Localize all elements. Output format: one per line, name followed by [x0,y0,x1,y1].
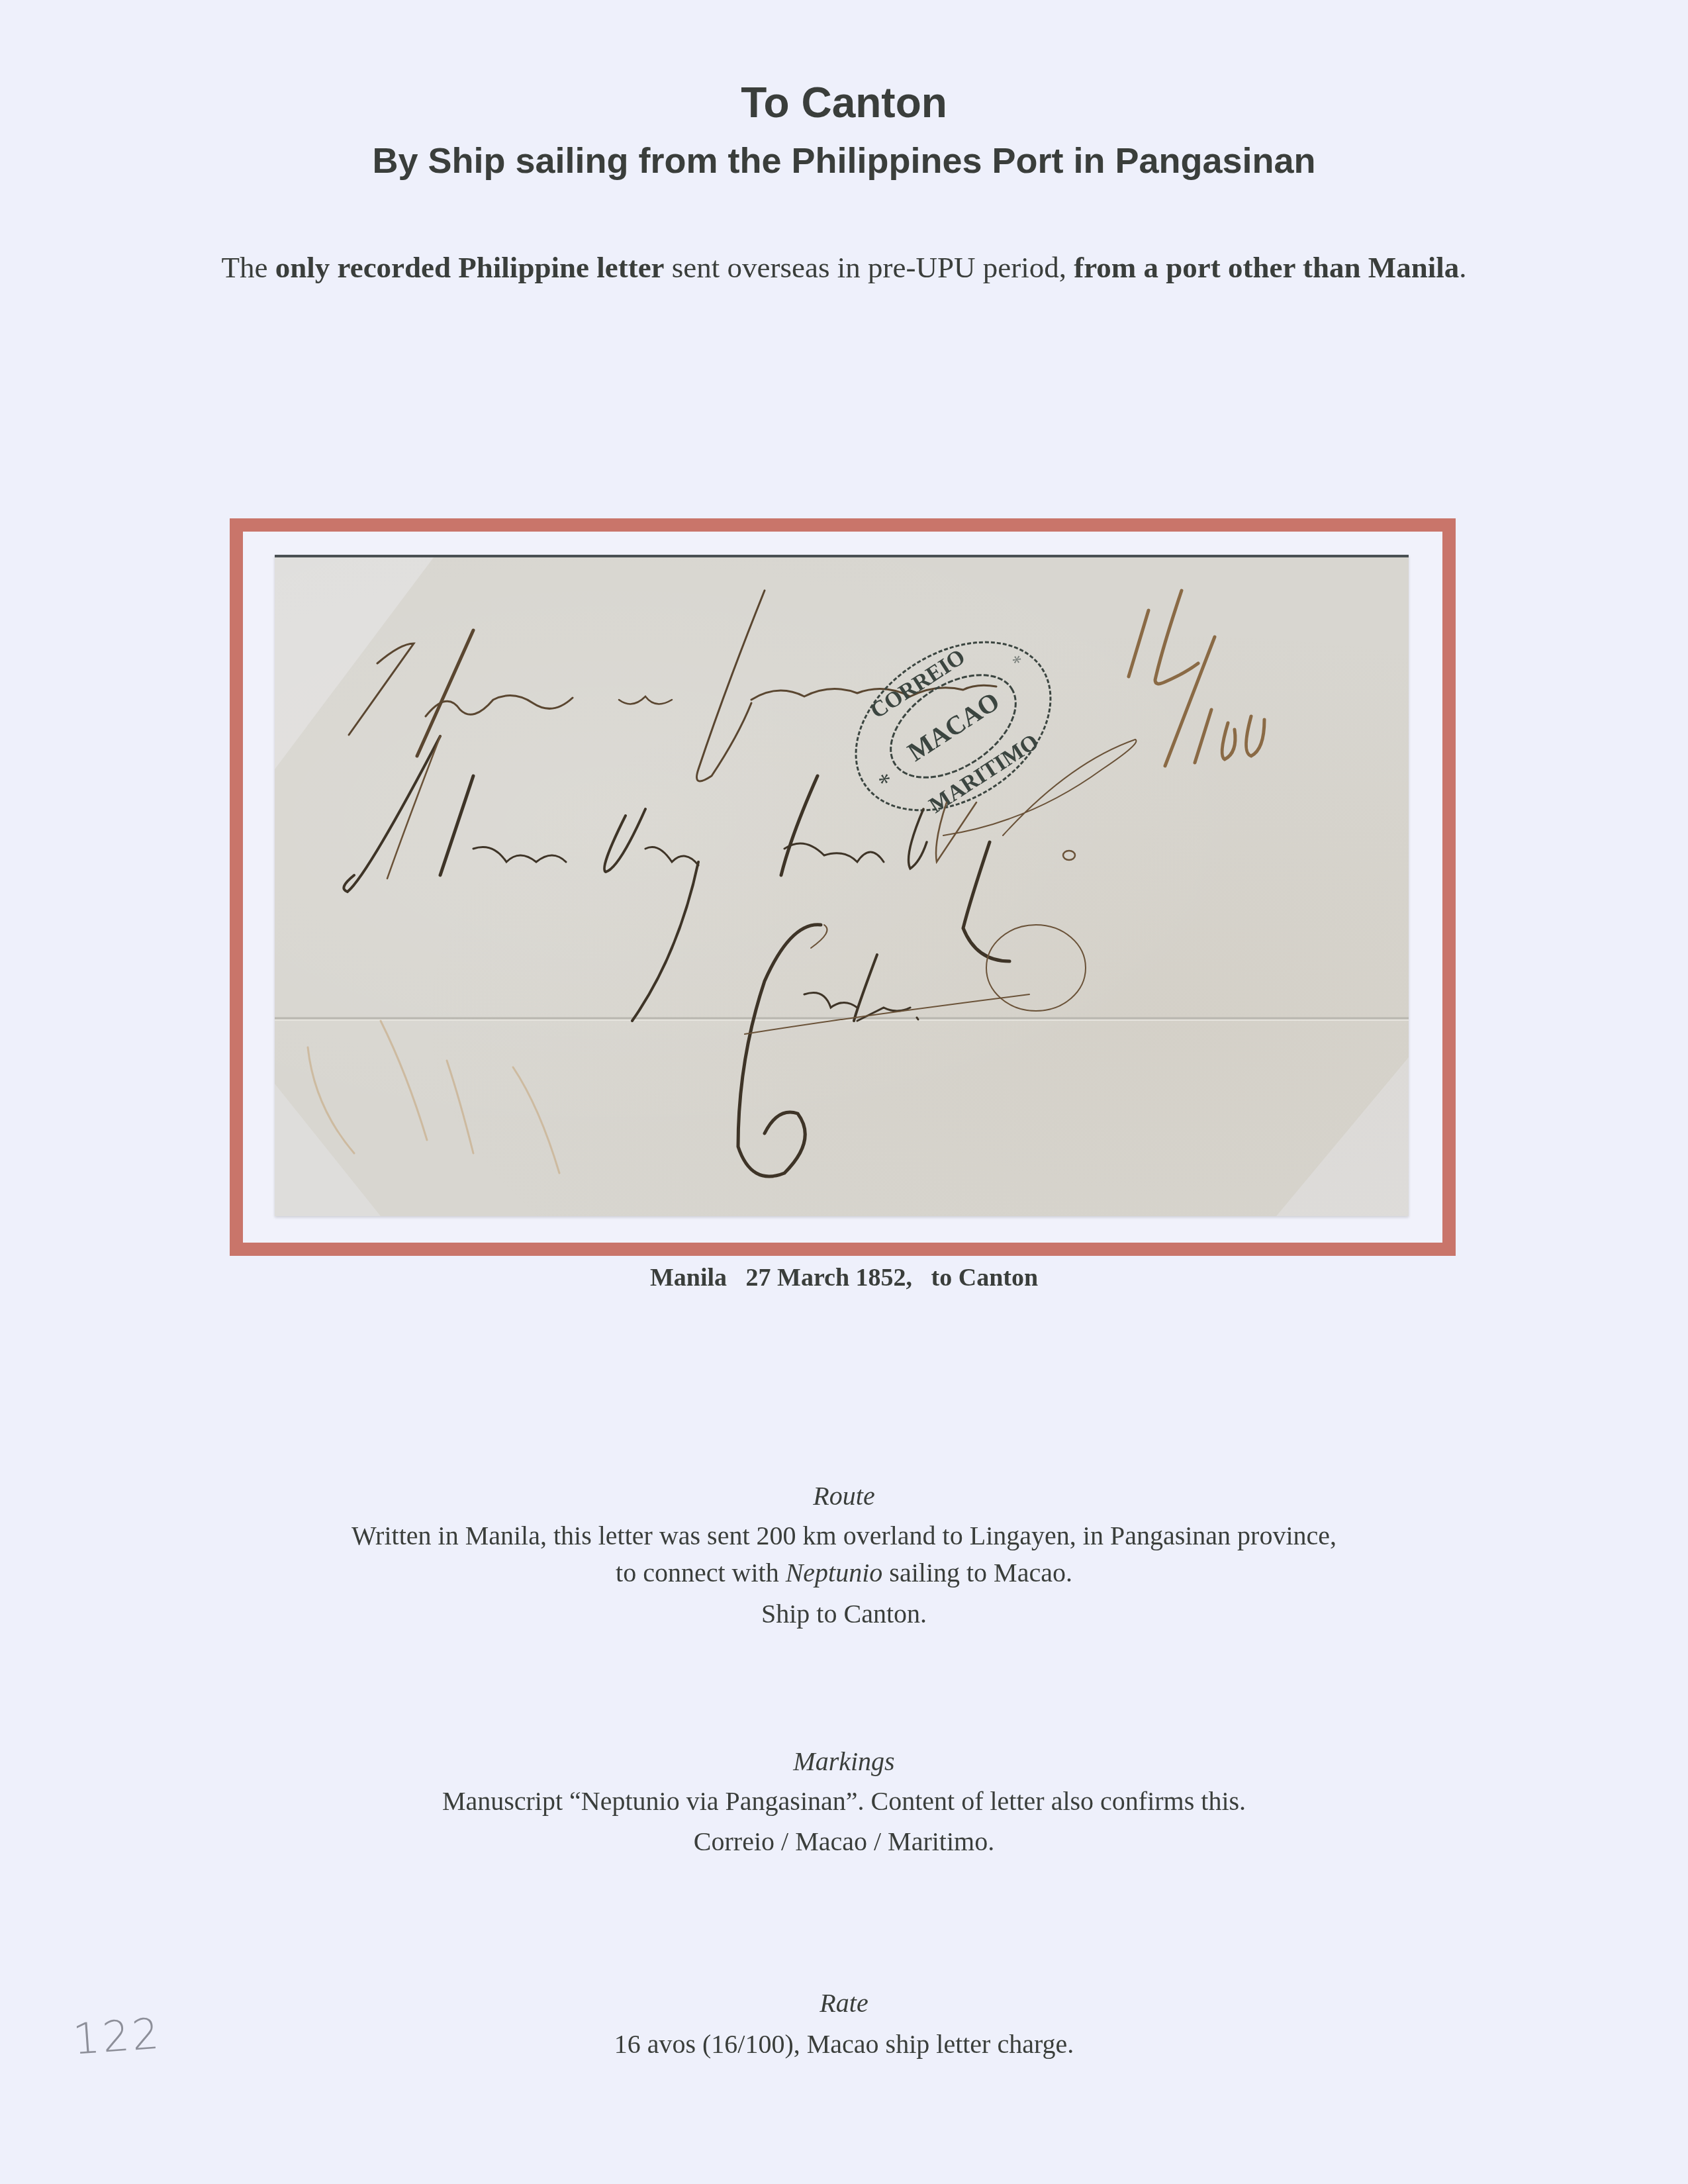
faint-show-through-writing [308,1021,559,1173]
folded-letter-cover: "Neptunio" via Pangasinan CORREIO MACAO … [275,555,1409,1216]
route-heading: Route [0,1480,1688,1511]
letter-markings: "Neptunio" via Pangasinan CORREIO MACAO … [275,557,1409,1216]
rate-heading: Rate [0,1987,1688,2018]
manuscript-address [344,736,1136,1021]
page-subtitle: By Ship sailing from the Philippines Por… [0,140,1688,181]
svg-text:*: * [874,767,900,798]
route-description-line: Written in Manila, this letter was sent … [0,1520,1688,1551]
page-number: 122 [71,2009,164,2064]
cover-caption: Manila 27 March 1852, to Canton [0,1263,1688,1292]
intro-emphasis-2: from a port other than Manila [1074,251,1459,284]
route-description-line: Ship to Canton. [0,1598,1688,1629]
ship-name: Neptunio [786,1558,883,1588]
route-text: to connect with [616,1558,786,1588]
route-description-line: to connect with Neptunio sailing to Maca… [0,1557,1688,1588]
intro-text: . [1459,251,1466,284]
intro-statement: The only recorded Philippine letter sent… [0,250,1688,285]
correio-macao-maritimo-handstamp: CORREIO MACAO MARITIMO * * [825,608,1082,845]
manuscript-address-city [738,925,1086,1176]
rate-description-line: 16 avos (16/100), Macao ship letter char… [0,2028,1688,2060]
manuscript-rate [1129,591,1264,766]
page-title: To Canton [0,78,1688,127]
markings-heading: Markings [0,1746,1688,1777]
intro-text: sent overseas in pre-UPU period, [665,251,1074,284]
intro-emphasis-1: only recorded Philippine letter [275,251,665,284]
route-text: sailing to Macao. [882,1558,1072,1588]
markings-description-line: Manuscript “Neptunio via Pangasinan”. Co… [0,1785,1688,1817]
svg-text:*: * [1008,650,1029,674]
intro-text: The [222,251,275,284]
markings-description-line: Correio / Macao / Maritimo. [0,1826,1688,1857]
